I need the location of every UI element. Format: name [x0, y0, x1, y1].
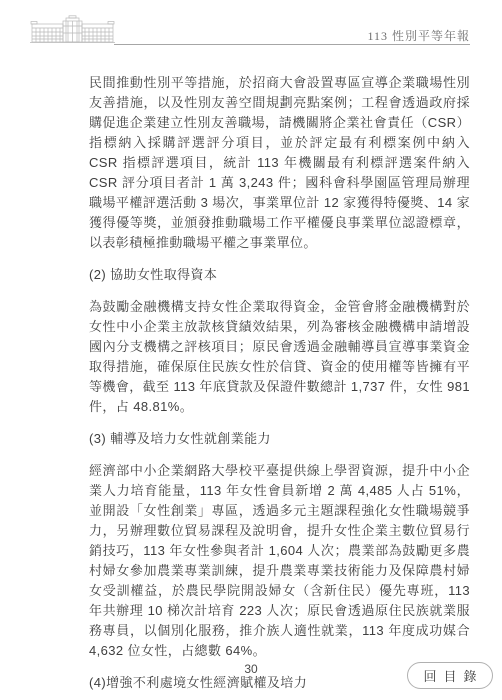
section-heading-2: (2) 協助女性取得資本	[89, 265, 470, 285]
back-to-toc-button[interactable]: 回目錄	[407, 662, 493, 689]
page-content: 民間推動性別平等措施，於招商大會設置專區宣導企業職場性別友善措施，以及性別友善空…	[89, 73, 470, 700]
body-paragraph: 為鼓勵金融機構支持女性企業取得資金，金管會將金融機構對於女性中小企業主放款核貸績…	[89, 297, 470, 417]
section-heading-3: (3) 輔導及培力女性就創業能力	[89, 429, 470, 449]
header-divider	[114, 44, 470, 45]
page-header: 113 性別平等年報	[0, 0, 502, 46]
body-paragraph: 經濟部中小企業網路大學校平臺提供線上學習資源，提升中小企業人力培育能量，113 …	[89, 461, 470, 661]
document-page: 113 性別平等年報 民間推動性別平等措施，於招商大會設置專區宣導企業職場性別友…	[0, 0, 502, 700]
government-building-icon	[30, 15, 115, 44]
report-title: 113 性別平等年報	[367, 27, 470, 44]
body-paragraph: 民間推動性別平等措施，於招商大會設置專區宣導企業職場性別友善措施，以及性別友善空…	[89, 73, 470, 253]
